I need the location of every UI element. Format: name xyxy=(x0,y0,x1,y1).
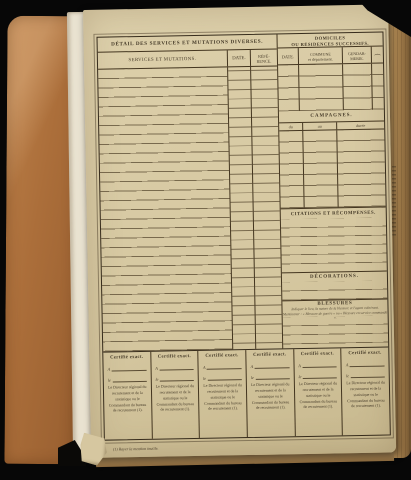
certify-box: Certifié exact. A le Le Directeur région… xyxy=(150,351,199,439)
right-column: DOMICILES OU RÉSIDENCES SUCCESSIFS. DATE… xyxy=(277,33,388,349)
book-cover xyxy=(4,16,77,464)
col-reference: RÉFÉ- RENCE. xyxy=(250,49,277,65)
certify-box: Certifié exact. A le Le Directeur région… xyxy=(293,348,342,436)
certify-box: Certifié exact. A le Le Directeur région… xyxy=(103,352,151,440)
form-border: DÉTAIL DES SERVICES ET MUTATIONS DIVERSE… xyxy=(96,31,390,440)
blank-line xyxy=(160,380,194,382)
col-services-mutations: SERVICES ET MUTATIONS. xyxy=(98,50,227,68)
domiciles-header: DATE. COMMUNE et département. GENDAR- ME… xyxy=(278,47,383,66)
col-gendarmerie: GENDAR- MERIE. xyxy=(342,47,371,64)
reference-column-rules xyxy=(250,66,282,348)
blank-line xyxy=(302,366,337,368)
blank-line xyxy=(112,380,146,382)
blank-line xyxy=(208,379,242,381)
col-domicile-date: DATE. xyxy=(278,48,298,64)
services-column-rules xyxy=(98,67,232,351)
decorations-body xyxy=(282,280,387,300)
services-table-body xyxy=(98,66,282,351)
col-narrow: { xyxy=(371,47,383,63)
certify-box: Certifié exact. A le Le Directeur région… xyxy=(245,349,294,437)
domiciles-body xyxy=(278,64,384,112)
col-date: DATE. xyxy=(227,50,250,66)
document-page: DÉTAIL DES SERVICES ET MUTATIONS DIVERSE… xyxy=(83,4,396,458)
certify-row: Certifié exact. A le Le Directeur région… xyxy=(103,346,390,439)
citations-body xyxy=(281,217,387,272)
certify-box: Certifié exact. A le Le Directeur région… xyxy=(341,347,390,435)
blank-line xyxy=(112,370,147,372)
campagnes-body xyxy=(279,129,385,209)
photo-backdrop: DÉTAIL DES SERVICES ET MUTATIONS DIVERSE… xyxy=(0,0,411,480)
certify-box: Certifié exact. A le Le Directeur région… xyxy=(198,350,247,438)
services-table: DÉTAIL DES SERVICES ET MUTATIONS DIVERSE… xyxy=(98,34,284,351)
blank-line xyxy=(159,369,194,371)
blessures-heading: BLESSURES Indiquer le lieu, la nature de… xyxy=(282,298,387,317)
blank-line xyxy=(303,377,337,379)
footnote: (1) Rayer la mention inutile. xyxy=(113,446,159,452)
blank-line xyxy=(255,367,290,369)
page-edge-vertical-text xyxy=(392,166,396,238)
blessures-note: Indiquer le lieu, la nature de la blessu… xyxy=(282,305,387,321)
brace-mark-icon: { xyxy=(373,53,381,57)
blank-line xyxy=(255,378,289,380)
blank-line xyxy=(350,366,385,368)
blank-line xyxy=(351,376,385,378)
blank-line xyxy=(207,368,242,370)
form-main: DÉTAIL DES SERVICES ET MUTATIONS DIVERSE… xyxy=(98,33,389,352)
col-commune: COMMUNE et département. xyxy=(298,47,342,64)
